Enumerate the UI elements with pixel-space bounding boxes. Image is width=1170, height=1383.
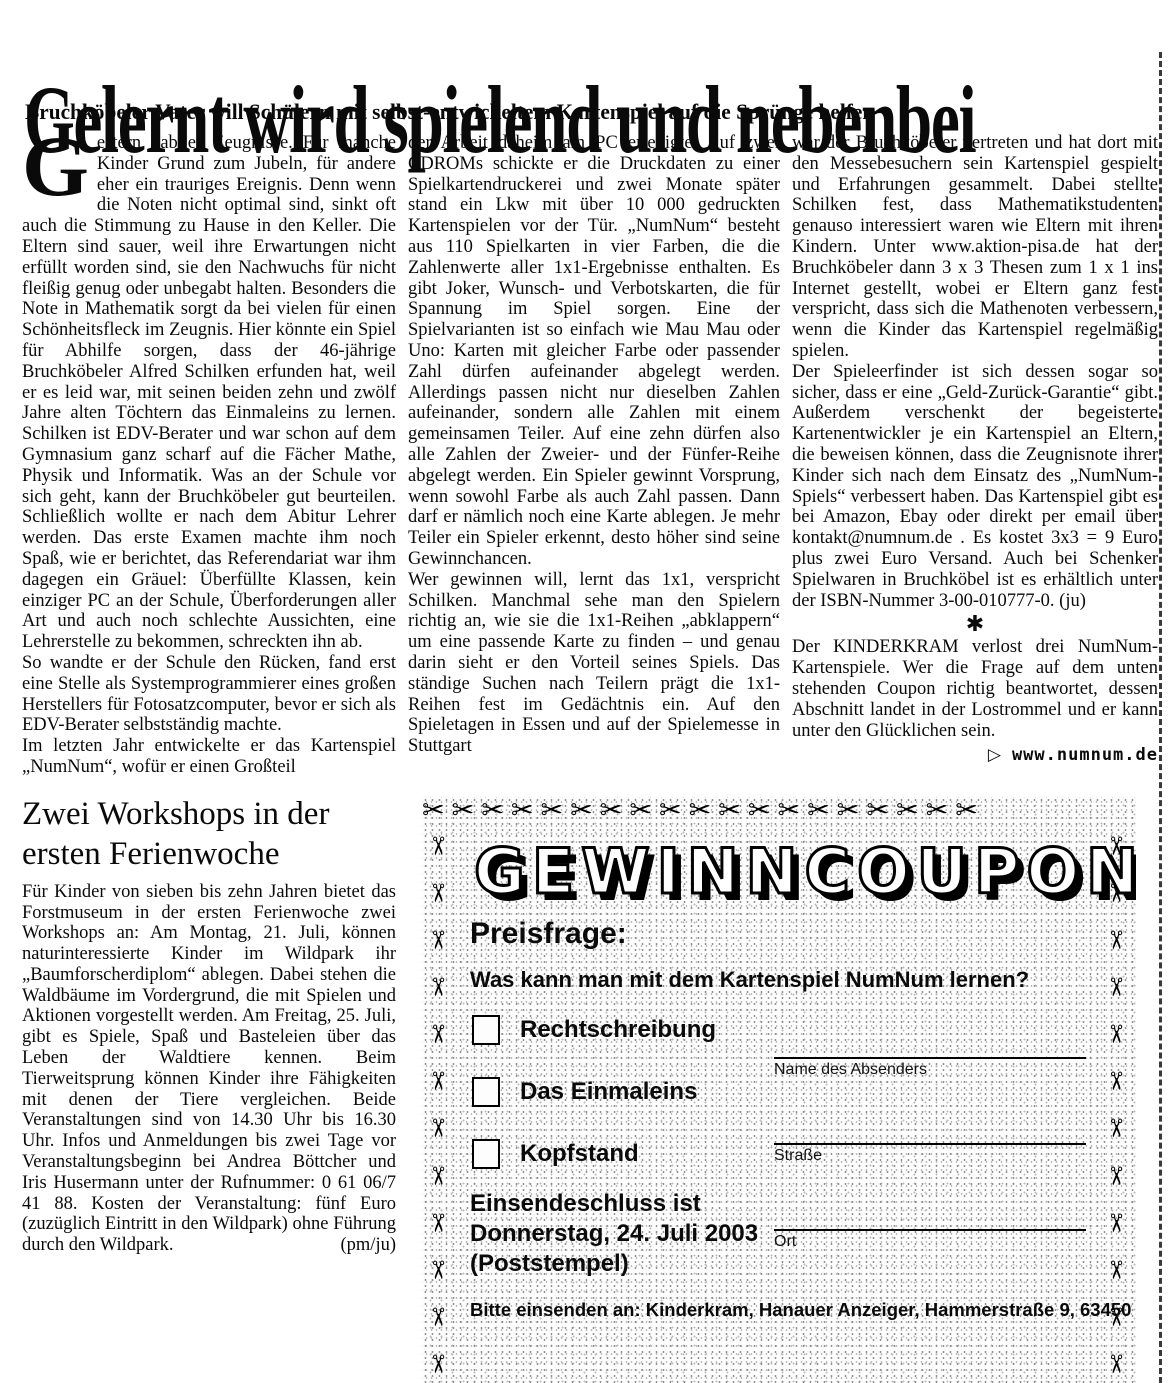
street-field-label: Straße: [774, 1147, 1086, 1165]
scissors-right-border: ✂✂✂✂✂✂✂✂✂✂✂✂: [1100, 831, 1130, 1379]
send-to-address: Bitte einsenden an: Kinderkram, Hanauer …: [470, 1299, 1136, 1321]
answer-option-label: Das Einmaleins: [520, 1078, 697, 1106]
paragraph: Im letzten Jahr entwickelte er das Karte…: [22, 736, 396, 778]
paragraph: Wer gewinnen will, lernt das 1x1, verspr…: [408, 570, 780, 757]
paragraph: der Arbeit daheim am PC erledigte. Auf z…: [408, 133, 780, 570]
paragraph: Der Spieleerfinder ist sich dessen sogar…: [792, 362, 1158, 612]
scissors-left-border: ✂✂✂✂✂✂✂✂✂✂✂✂: [422, 831, 452, 1379]
workshops-heading: Zwei Workshops in derersten Ferienwoche: [22, 794, 396, 874]
website-url[interactable]: www.numnum.de: [1012, 745, 1158, 765]
deadline-notice: Einsendeschluss ist Donnerstag, 24. Juli…: [470, 1189, 758, 1279]
website-link-line: ▷www.numnum.de: [792, 745, 1158, 766]
newspaper-page: Gelernt wird spielend und nebenbei Bruch…: [0, 0, 1170, 1383]
city-input-line[interactable]: [774, 1229, 1086, 1231]
dropcap-letter: G: [22, 133, 97, 197]
paragraph: So wandte er der Schule den Rücken, fand…: [22, 653, 396, 736]
answer-option-row: Kopfstand: [472, 1139, 639, 1169]
city-field-label: Ort: [774, 1233, 1086, 1251]
triangle-pointer-icon: ▷: [988, 745, 1002, 765]
name-input-line[interactable]: [774, 1057, 1086, 1059]
answer-option-row: Rechtschreibung: [472, 1015, 716, 1045]
form-field-street: Straße: [774, 1143, 1086, 1165]
workshops-body: Für Kinder von sieben bis zehn Jahren bi…: [22, 882, 396, 1256]
article-subhead: Bruchköbeler Vater will Schülern mit sel…: [25, 99, 874, 125]
paragraph: war der Bruchköbeler vertreten und hat d…: [792, 133, 1158, 362]
answer-checkbox-rechtschreibung[interactable]: [472, 1015, 500, 1045]
page-edge-dashed-line: [1159, 52, 1162, 1383]
answer-option-label: Rechtschreibung: [520, 1016, 716, 1044]
prize-question: Was kann man mit dem Kartenspiel NumNum …: [470, 967, 1029, 993]
paragraph: Gestern gab es Zeugnisse. Für manche Kin…: [22, 133, 396, 653]
article-column-2: der Arbeit daheim am PC erledigte. Auf z…: [408, 133, 780, 757]
form-field-city: Ort: [774, 1229, 1086, 1251]
scissors-top-border: ✂✂✂✂✂✂✂✂✂✂✂✂✂✂✂✂✂✂✂: [422, 797, 1136, 827]
form-field-name: Name des Absenders: [774, 1057, 1086, 1079]
name-field-label: Name des Absenders: [774, 1061, 1086, 1079]
prize-coupon: ✂✂✂✂✂✂✂✂✂✂✂✂✂✂✂✂✂✂✂ ✂✂✂✂✂✂✂✂✂✂✂✂ ✂✂✂✂✂✂✂…: [422, 797, 1136, 1383]
contest-note-paragraph: Der KINDERKRAM verlost drei NumNum-Karte…: [792, 637, 1158, 741]
answer-option-row: Das Einmaleins: [472, 1077, 697, 1107]
coupon-title: GEWINNCOUPON: [474, 835, 1136, 908]
answer-checkbox-kopfstand[interactable]: [472, 1139, 500, 1169]
article-column-1: Gestern gab es Zeugnisse. Für manche Kin…: [22, 133, 396, 1256]
street-input-line[interactable]: [774, 1143, 1086, 1145]
article-column-3: war der Bruchköbeler vertreten und hat d…: [792, 133, 1158, 766]
answer-checkbox-das-einmaleins[interactable]: [472, 1077, 500, 1107]
answer-option-label: Kopfstand: [520, 1140, 639, 1168]
prize-question-label: Preisfrage:: [470, 917, 627, 951]
asterisk-separator-icon: ✱: [792, 613, 1158, 635]
